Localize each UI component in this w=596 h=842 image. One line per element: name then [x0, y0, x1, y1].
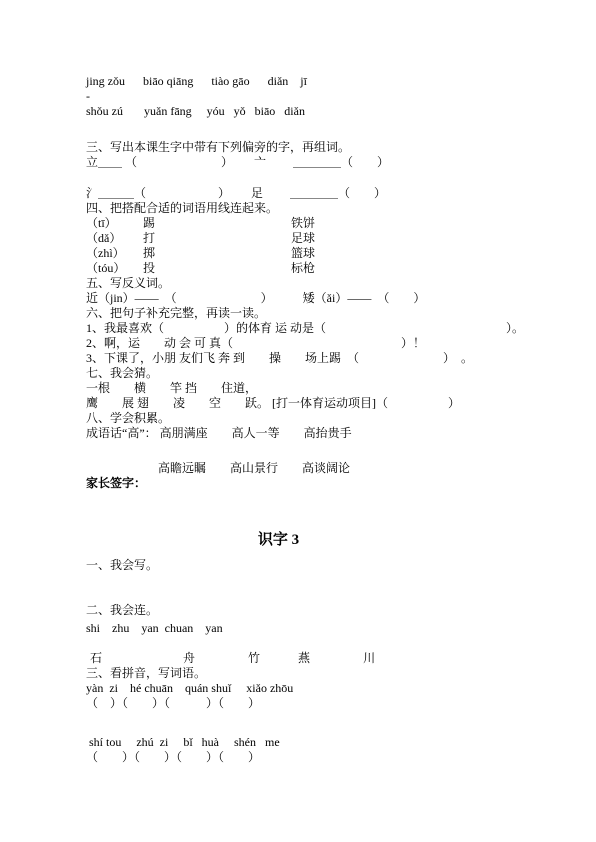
match-noun: 铁饼 — [291, 216, 315, 231]
lesson3-ex3-title: 三、看拼音，写词语。 — [86, 666, 560, 681]
match-noun: 足球 — [291, 231, 315, 246]
pinyin-line-2: shǒu zú yuǎn fāng yóu yǒ biāo diǎn — [86, 104, 560, 119]
section-4-title: 四、把搭配合适的词语用线连起来。 — [86, 201, 560, 216]
section-8-title: 八、学会积累。 — [86, 411, 560, 426]
match-verb: 投 — [143, 261, 291, 276]
pinyin-line-1: jing zǒu biāo qiāng tiào gāo diǎn jī — [86, 74, 560, 89]
section-3-title: 三、写出本课生字中带有下列偏旁的字，再组词。 — [86, 140, 560, 155]
lesson-title: 识字 3 — [86, 530, 471, 550]
chinese-character: 舟 — [183, 651, 195, 666]
match-pinyin: （dǎ） — [86, 231, 143, 246]
match-verb: 打 — [143, 231, 291, 246]
chinese-character: 川 — [363, 651, 375, 666]
lesson3-ex3-pinyin-row1: yàn zi hé chuān quán shuǐ xiǎo zhōu — [86, 681, 560, 696]
chinese-character: 石 — [90, 651, 102, 666]
lesson3-ex2-title: 二、我会连。 — [86, 603, 560, 618]
sentence-item-2: 2、啊，运 动 会 可 真（ ）！ — [86, 336, 560, 351]
match-pinyin: （tóu） — [86, 261, 143, 276]
section-5-title: 五、写反义词。 — [86, 276, 560, 291]
radical-exercise-row-1: 立＿＿ （ ） 亠 ＿＿＿＿（ ） — [86, 155, 560, 170]
section-7-title: 七、我会猜。 — [86, 366, 560, 381]
match-row: （tī） 踢 铁饼 — [86, 216, 560, 231]
sentence-item-1: 1、我最喜欢（ ）的体育 运 动是（ ）。 — [86, 321, 560, 336]
idiom-line-1: 成语话“高”： 高朋满座 高人一等 高抬贵手 — [86, 426, 560, 441]
match-row: （tóu） 投 标枪 — [86, 261, 560, 276]
parent-signature-label: 家长签字： — [86, 476, 560, 491]
lesson3-ex2-characters: 石 舟 竹 燕 川 — [86, 651, 560, 666]
match-verb: 掷 — [143, 246, 291, 261]
sentence-item-3: 3、下课了，小朋 友们飞 奔 到 操 场上踢 （ ） 。 — [86, 351, 560, 366]
lesson3-ex1-title: 一、我会写。 — [86, 558, 560, 573]
lesson3-ex2-pinyin: shi zhu yan chuan yan — [86, 621, 560, 636]
antonym-exercise-row: 近（jin）—— （ ） 矮（ǎi）—— （ ） — [86, 291, 560, 306]
dash-mark: - — [86, 89, 560, 104]
idiom-line-2: 高瞻远瞩 高山景行 高谈阔论 — [158, 461, 560, 476]
lesson3-ex3-pinyin-row2: shí tou zhú zi bǐ huà shén me — [86, 735, 560, 750]
match-row: （zhì） 掷 篮球 — [86, 246, 560, 261]
match-noun: 标枪 — [291, 261, 315, 276]
lesson3-ex3-blanks-row2: （ ）（ ）（ ）（ ） — [86, 750, 560, 765]
riddle-line-2: 鹰 展 翅 凌 空 跃。 [打一体育运动项目]（ ） — [86, 396, 560, 411]
match-verb: 踢 — [143, 216, 291, 231]
match-row: （dǎ） 打 足球 — [86, 231, 560, 246]
worksheet-page: jing zǒu biāo qiāng tiào gāo diǎn jī - s… — [0, 0, 596, 842]
chinese-character: 燕 — [298, 651, 310, 666]
radical-exercise-row-2: 氵＿＿＿（ ） 足 ＿＿＿＿（ ） — [86, 186, 560, 201]
lesson3-ex3-blanks-row1: （ ）（ ）（ ）（ ） — [86, 696, 560, 711]
match-pinyin: （zhì） — [86, 246, 143, 261]
match-pinyin: （tī） — [86, 216, 143, 231]
riddle-line-1: 一根 横 竿 挡 住道， — [86, 381, 560, 396]
match-noun: 篮球 — [291, 246, 315, 261]
chinese-character: 竹 — [248, 651, 260, 666]
section-6-title: 六、把句子补充完整，再读一读。 — [86, 306, 560, 321]
